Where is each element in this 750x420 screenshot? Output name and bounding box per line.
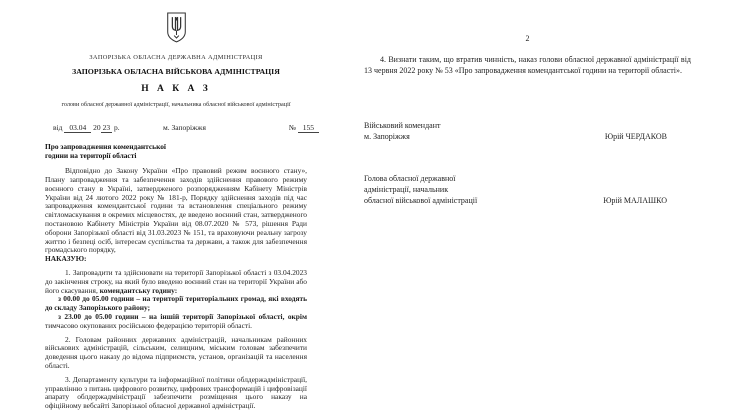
text-run: тимчасово окупованих російською федераці…: [45, 321, 252, 330]
document-page-1: ЗАПОРІЗЬКА ОБЛАСНА ДЕРЖАВНА АДМІНІСТРАЦІ…: [45, 0, 307, 420]
year-value: 23: [101, 123, 113, 133]
paragraph: 1. Запровадити та здійснювати на територ…: [45, 269, 307, 295]
paragraph: з 00.00 до 05.00 години – на території т…: [45, 295, 307, 313]
signature-name: Юрій ЧЕРДАКОВ: [605, 131, 691, 142]
date-field: від 03.04 2023 р.: [53, 123, 120, 133]
date-value: 03.04: [64, 123, 91, 133]
year-prefix-label: 20: [93, 123, 101, 132]
document-viewer: { "doc": { "page1": { "emblem_icon": "uk…: [0, 0, 750, 420]
text-run: з 00.00 до 05.00 години – на території т…: [45, 294, 307, 312]
ukraine-trident-emblem-icon: [166, 12, 187, 43]
document-type-title: Н А К А З: [45, 84, 307, 94]
date-prefix-label: від: [53, 123, 62, 132]
city-label: м. Запоріжжя: [163, 123, 206, 132]
text-run: НАКАЗУЮ:: [45, 254, 87, 263]
document-subtitle: голови обласної державної адміністрації,…: [45, 101, 307, 108]
text-run: 2. Головам районних державних адміністра…: [45, 335, 307, 370]
signature-block: Голова обласної державної адміністрації,…: [364, 173, 691, 206]
text-run: 3. Департаменту культури та інформаційно…: [45, 375, 307, 410]
org-name-state-administration: ЗАПОРІЗЬКА ОБЛАСНА ДЕРЖАВНА АДМІНІСТРАЦІ…: [45, 54, 307, 61]
paragraph: 3. Департаменту культури та інформаційно…: [45, 376, 307, 411]
signature-role: Військовий комендант м. Запоріжжя: [364, 120, 440, 142]
paragraph: з 23.00 до 05.00 години – на іншій терит…: [45, 313, 307, 331]
order-body-page2: 4. Визнати таким, що втратив чинність, н…: [364, 54, 691, 76]
paragraph: 2. Головам районних державних адміністра…: [45, 336, 307, 371]
order-subject: Про запровадження комендантської години …: [45, 143, 307, 160]
paragraph: 4. Визнати таким, що втратив чинність, н…: [364, 54, 691, 76]
date-number-line: від 03.04 2023 р. м. Запоріжжя № 155: [45, 123, 307, 134]
document-page-2: 2 4. Визнати таким, що втратив чинність,…: [364, 0, 691, 420]
page-number: 2: [364, 34, 691, 43]
text-run: з 23.00 до 05.00 години – на іншій терит…: [58, 312, 307, 321]
org-name-military-administration: ЗАПОРІЗЬКА ОБЛАСНА ВІЙСЬКОВА АДМІНІСТРАЦ…: [45, 67, 307, 76]
order-body-page1: Відповідно до Закону України «Про правов…: [45, 167, 307, 411]
text-run: Відповідно до Закону України «Про правов…: [45, 166, 307, 254]
year-suffix-label: р.: [114, 123, 120, 132]
number-label: №: [289, 123, 296, 132]
paragraph: Відповідно до Закону України «Про правов…: [45, 167, 307, 255]
text-run: 4. Визнати таким, що втратив чинність, н…: [364, 55, 691, 75]
signature-name: Юрій МАЛАШКО: [603, 195, 691, 206]
paragraph: НАКАЗУЮ:: [45, 255, 307, 264]
number-field: № 155: [289, 123, 319, 133]
text-run: комендантську годину:: [100, 286, 178, 295]
signature-block: Військовий комендант м. ЗапоріжжяЮрій ЧЕ…: [364, 120, 691, 142]
signature-role: Голова обласної державної адміністрації,…: [364, 173, 477, 206]
signature-section: Військовий комендант м. ЗапоріжжяЮрій ЧЕ…: [364, 120, 691, 206]
number-value: 155: [298, 123, 319, 133]
